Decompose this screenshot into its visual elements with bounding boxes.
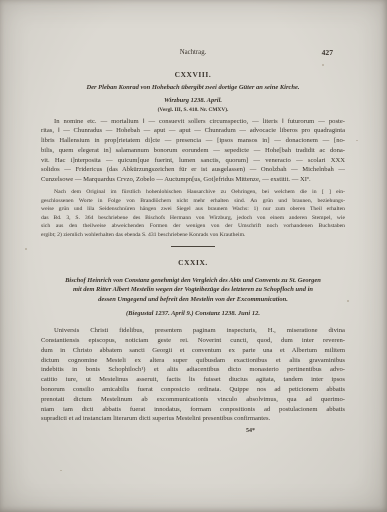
running-title: Nachtrag. [41, 48, 345, 57]
text-line: geschlossenen Worte in Folge von Brandlö… [41, 197, 345, 206]
text-line: solidos — Fridericus (das Abkürzungszeic… [41, 165, 345, 175]
text-line: Universis Christi fidelibus, presentem p… [41, 326, 345, 336]
paper-speck [60, 470, 62, 471]
text-line: indebitis in bonis Schophiloch¹) et alii… [41, 365, 345, 375]
paper-speck [347, 300, 349, 302]
document-body-cxxviii: In nomine etc. — mortalium ‖ — consuevit… [41, 117, 345, 186]
text-line: ergibt; 2) ziemlich wohlerhalten das ebe… [41, 231, 345, 240]
paper-speck [356, 140, 358, 141]
document-body-cxxix: Universis Christi fidelibus, presentem p… [41, 326, 345, 424]
text-line: dictum cognomine Mesteli ex altera super… [41, 356, 345, 366]
page-header: Nachtrag. 427 [41, 48, 345, 57]
text-line: prenotati dictum Mestelinum ab excommuni… [41, 395, 345, 405]
text-line: niam iam dicti abbatis fuerat innodatus,… [41, 405, 345, 415]
text-line: bilis, quem elegerat in] salamannum bono… [41, 146, 345, 156]
page-number: 427 [322, 48, 333, 57]
document-dateline-cxxviii: Wirzburg 1238. April. [41, 96, 345, 105]
document-title-cxxviii: Der Pleban Konrad von Hohebach übergibt … [41, 83, 345, 93]
document-reference-cxxviii: (Vergl. III, S. 418. Nr. CMXV). [41, 107, 345, 114]
text-line: mit dem Ritter Albert Mestelin wegen der… [41, 285, 345, 295]
editorial-note-cxxviii: Nach dem Original im fürstlich hohenlohi… [41, 188, 345, 240]
text-line: Constantiensis episcopus, noticiam geste… [41, 336, 345, 346]
document-number-cxxix: CXXIX. [41, 259, 345, 267]
text-line: Cunzelsowe — Marquardus Crvzo, Zobelo — … [41, 175, 345, 185]
text-line: dessen Umgegend und befreit den Mestelin… [41, 295, 345, 305]
text-line: In nomine etc. — mortalium ‖ — consuevit… [41, 117, 345, 127]
text-line: Nach dem Original im fürstlich hohenlohi… [41, 188, 345, 197]
text-line: dum in Christo abbatem sancti Georgii et… [41, 346, 345, 356]
text-line: bonorum consilio amicabilis fuerat conpo… [41, 385, 345, 395]
text-line: libris Hallensium in prop[rietatem di]ct… [41, 136, 345, 146]
paper-speck [25, 248, 27, 250]
document-number-cxxviii: CXXVIII. [41, 71, 345, 79]
text-line: das Bd. 3, S. 364 beschriebene des Bisch… [41, 214, 345, 223]
text-line: weise grün und lila Seidenschnüren hänge… [41, 205, 345, 214]
sheet-signature: 54* [246, 428, 345, 434]
text-line: supradicti et ad instanciam literarum di… [41, 414, 345, 424]
text-line: vit. Hac i]nterposita — quicum[que fueri… [41, 156, 345, 166]
text-line: Bischof Heinrich von Constanz genehmigt … [41, 276, 345, 286]
document-title-cxxix: Bischof Heinrich von Constanz genehmigt … [41, 276, 345, 305]
text-line: sich aus den theilweise abweichenden For… [41, 222, 345, 231]
text-line: catitio iure, ut Mestelinus asseruit, fa… [41, 375, 345, 385]
text-block: Nachtrag. 427 CXXVIII. Der Pleban Konrad… [41, 48, 345, 434]
text-line: ritas, ‖ — Chunradus — Hohebah — aput — … [41, 126, 345, 136]
section-divider [171, 246, 215, 247]
scanned-book-page: Nachtrag. 427 CXXVIII. Der Pleban Konrad… [0, 0, 387, 512]
document-dateline-cxxix: (Biegustal 1237. April 9.) Constanz 1238… [41, 309, 345, 318]
